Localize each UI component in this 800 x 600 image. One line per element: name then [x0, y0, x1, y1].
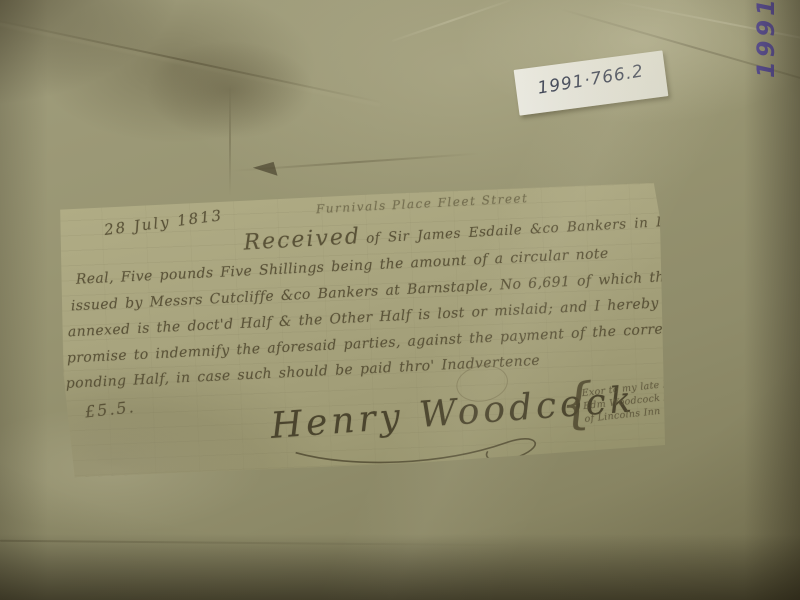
- received-rest: of Sir James Esdaile &co Bankers in Lond…: [366, 212, 711, 247]
- shadow-line-above-paper: [230, 153, 480, 172]
- sleeve-seam-bottom: [0, 540, 520, 547]
- receipt-date: 28 July 1813: [103, 206, 224, 239]
- sleeve-crease-topleft: [0, 18, 381, 103]
- receipt-amount: £5.5.: [84, 397, 136, 421]
- accession-label: 1991·766.2: [514, 50, 669, 115]
- sleeve-corner-fold: [392, 0, 511, 42]
- corner-accession-text: 1991·7: [752, 0, 780, 78]
- sleeve-seam-vertical: [229, 84, 231, 196]
- debris-speck-1: [253, 156, 281, 175]
- photo-root: 1991·7 1991·766.2 Furnivals Place Fleet …: [0, 0, 800, 600]
- accession-label-text: 1991·766.2: [514, 48, 667, 102]
- received-word: Received: [243, 224, 362, 256]
- corner-accession-mark: 1991·7: [752, 0, 782, 78]
- receipt-paper: Furnivals Place Fleet Street 28 July 181…: [57, 183, 669, 478]
- shadow-blob: [110, 20, 350, 160]
